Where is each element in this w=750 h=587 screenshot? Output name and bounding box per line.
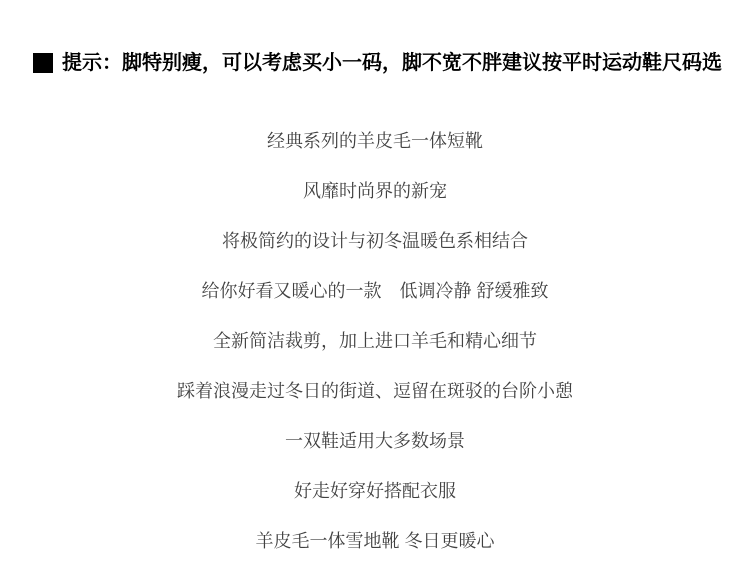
description-lines: 经典系列的羊皮毛一体短靴 风靡时尚界的新宠 将极简约的设计与初冬温暖色系相结合 …: [0, 129, 750, 553]
product-description-section: 提示：脚特别瘦，可以考虑买小一码，脚不宽不胖建议按平时运动鞋尺码选 经典系列的羊…: [0, 0, 750, 587]
description-line: 给你好看又暖心的一款 低调冷静 舒缓雅致: [0, 279, 750, 303]
description-line: 羊皮毛一体雪地靴 冬日更暖心: [0, 529, 750, 553]
description-line: 踩着浪漫走过冬日的街道、逗留在斑驳的台阶小憩: [0, 379, 750, 403]
description-line: 一双鞋适用大多数场景: [0, 429, 750, 453]
sizing-notice: 提示：脚特别瘦，可以考虑买小一码，脚不宽不胖建议按平时运动鞋尺码选: [33, 51, 750, 75]
description-line: 将极简约的设计与初冬温暖色系相结合: [0, 229, 750, 253]
description-line: 全新简洁裁剪，加上进口羊毛和精心细节: [0, 329, 750, 353]
description-line: 风靡时尚界的新宠: [0, 179, 750, 203]
description-line: 经典系列的羊皮毛一体短靴: [0, 129, 750, 153]
sizing-notice-text: 提示：脚特别瘦，可以考虑买小一码，脚不宽不胖建议按平时运动鞋尺码选: [62, 51, 722, 75]
black-square-bullet-icon: [33, 53, 53, 73]
description-line: 好走好穿好搭配衣服: [0, 479, 750, 503]
